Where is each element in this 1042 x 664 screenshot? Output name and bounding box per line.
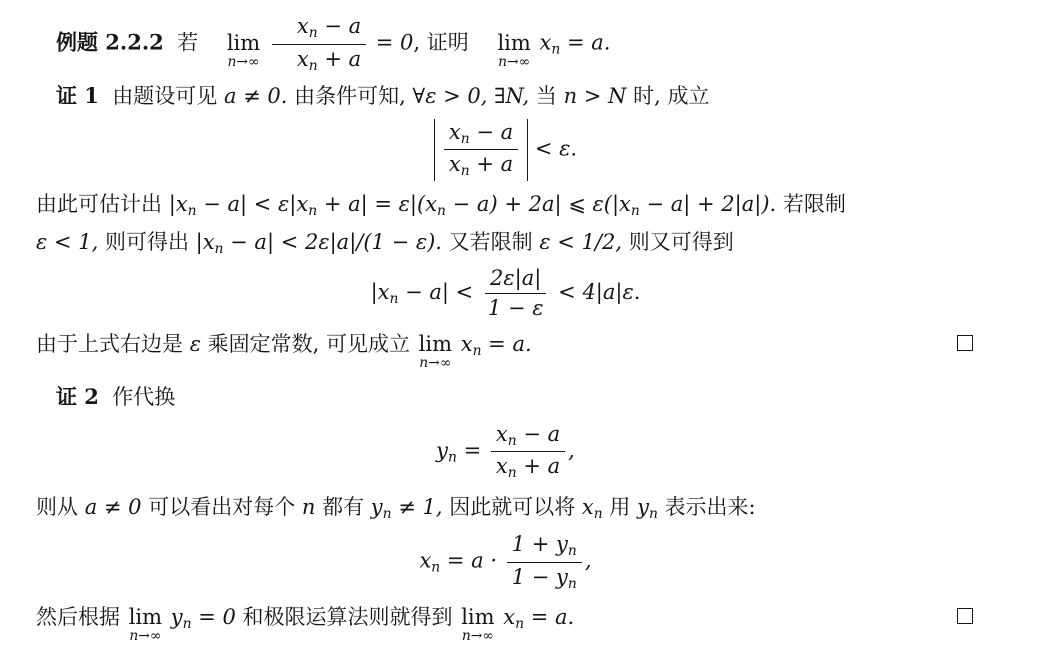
- math-run: 1 + y: [512, 532, 568, 556]
- math-run: 1 − y: [512, 565, 568, 589]
- fraction-numerator: xn − a: [272, 14, 366, 45]
- proof-1-conclusion: 由于上式右边是 ε 乘固定常数, 可见成立 limn→∞ xn = a.: [36, 329, 975, 371]
- textbook-page: 例题 2.2.2 若 limn→∞ xn − axn + a = 0, 证明 l…: [0, 0, 1042, 664]
- limit-word: lim: [207, 33, 260, 54]
- display-formula-yn-substitution: yn = xn − axn + a,: [36, 422, 975, 482]
- math-run: ∀ε > 0, ∃N,: [413, 84, 530, 108]
- subscript: n: [461, 163, 470, 179]
- limit-subscript: n→∞: [129, 630, 161, 644]
- subscript: n: [309, 25, 318, 41]
- subscript: n: [437, 202, 446, 218]
- math-run: = a.: [524, 605, 574, 629]
- limit-operator: limn→∞: [461, 607, 494, 644]
- fraction-numerator: 1 + yn: [507, 532, 582, 563]
- math-run: x: [449, 120, 461, 144]
- math-run: − a| < ε|x: [197, 192, 309, 216]
- math-run: = 0: [369, 31, 413, 55]
- math-run: = a.: [482, 332, 532, 356]
- proof-1-restrict-line: ε < 1, 则可得出 |xn − a| < 2ε|a|/(1 − ε). 又若…: [36, 227, 975, 260]
- math-run: + a| = ε|(x: [317, 192, 437, 216]
- math-run: − a: [318, 14, 361, 38]
- fraction-denominator: xn + a: [444, 150, 518, 180]
- subscript: n: [508, 432, 517, 448]
- subscript: n: [473, 343, 482, 359]
- text-run: 由此可估计出: [36, 192, 169, 216]
- fraction-numerator: xn − a: [444, 120, 518, 151]
- bold-label: 例题 2.2.2: [56, 30, 164, 55]
- limit-subscript: n→∞: [462, 630, 494, 644]
- text-run: , 证明: [413, 31, 475, 55]
- subscript: n: [649, 505, 658, 521]
- math-run: x: [297, 14, 309, 38]
- text-run: 若: [164, 31, 205, 55]
- fraction: xn − axn + a: [491, 422, 565, 482]
- text-run: 由于上式右边是: [36, 332, 190, 356]
- fraction: 2ε|a|1 − ε: [483, 266, 549, 321]
- math-run: x: [297, 47, 309, 71]
- math-run: |x: [371, 280, 390, 304]
- math-run: 2ε|a|: [490, 266, 541, 290]
- text-run: 由题设可见: [99, 84, 224, 108]
- qed-box: [957, 335, 973, 351]
- math-run: + a: [517, 454, 560, 478]
- display-formula-xn-expression: xn = a · 1 + yn1 − yn,: [36, 532, 975, 592]
- math-run: − a: [517, 422, 560, 446]
- example-2-2-2-heading: 例题 2.2.2 若 limn→∞ xn − axn + a = 0, 证明 l…: [36, 14, 975, 74]
- fraction-denominator: 1 − yn: [507, 563, 582, 593]
- limit-operator: limn→∞: [129, 607, 162, 644]
- math-run: < 4|a|ε.: [552, 280, 641, 304]
- limit-subscript: n→∞: [478, 56, 530, 70]
- text-run: 表示出来:: [658, 495, 756, 519]
- math-run: + a: [470, 152, 513, 176]
- text-run: 当: [529, 84, 563, 108]
- text-run: 则从: [36, 495, 85, 519]
- math-run: − a| + 2|a|).: [640, 192, 776, 216]
- subscript: n: [515, 616, 524, 632]
- subscript: n: [448, 449, 457, 465]
- subscript: n: [183, 616, 192, 632]
- limit-subscript: n→∞: [419, 357, 451, 371]
- limit-word: lim: [419, 334, 452, 355]
- math-run: x: [533, 31, 552, 55]
- subscript: n: [308, 202, 317, 218]
- math-run: n > N: [564, 84, 627, 108]
- math-run: a ≠ 0.: [224, 84, 288, 108]
- fraction: xn − axn + a: [444, 120, 518, 180]
- text-run: 然后根据: [36, 605, 127, 629]
- subscript: n: [431, 560, 440, 576]
- proof-2-observation: 则从 a ≠ 0 可以看出对每个 n 都有 yn ≠ 1, 因此就可以将 xn …: [36, 492, 975, 525]
- proof-1-intro: 证 1 由题设可见 a ≠ 0. 由条件可知, ∀ε > 0, ∃N, 当 n …: [36, 80, 975, 113]
- text-run: 由条件可知,: [287, 84, 412, 108]
- fraction-numerator: xn − a: [491, 422, 565, 453]
- subscript: n: [568, 576, 577, 592]
- math-run: ≠ 1,: [392, 495, 443, 519]
- text-run: 乘固定常数, 可见成立: [201, 332, 417, 356]
- subscript: n: [188, 202, 197, 218]
- math-run: x: [496, 422, 508, 446]
- text-run: 可以看出对每个: [142, 495, 302, 519]
- text-run: 都有: [315, 495, 370, 519]
- subscript: n: [309, 57, 318, 73]
- display-formula-abs-fraction-lt-epsilon: xn − axn + a < ε.: [36, 119, 975, 181]
- math-run: = a ·: [440, 549, 504, 573]
- math-run: |x: [196, 230, 215, 254]
- math-run: x: [582, 495, 594, 519]
- text-run: 若限制: [776, 192, 846, 216]
- math-run: ε < 1,: [36, 230, 98, 254]
- math-run: − a: [470, 120, 513, 144]
- text-run: 用: [603, 495, 637, 519]
- math-run: = 0: [192, 605, 236, 629]
- proof-2-intro: 证 2 作代换: [36, 381, 975, 414]
- math-run: − a) + 2a| ⩽ ε(|x: [446, 192, 631, 216]
- math-run: 1 − ε: [488, 296, 544, 320]
- limit-operator: limn→∞: [419, 334, 452, 371]
- subscript: n: [551, 41, 560, 57]
- math-run: y: [436, 438, 448, 462]
- fraction-denominator: xn + a: [491, 452, 565, 482]
- bold-label: 证 1: [56, 83, 99, 108]
- math-run: y: [164, 605, 183, 629]
- proof-2-conclusion: 然后根据 limn→∞ yn = 0 和极限运算法则就得到 limn→∞ xn …: [36, 602, 975, 644]
- math-run: − a| < 2ε|a|/(1 − ε).: [223, 230, 442, 254]
- text-run: 因此就可以将: [443, 495, 582, 519]
- math-run: x: [449, 152, 461, 176]
- limit-operator: limn→∞: [207, 33, 260, 70]
- math-run: n: [302, 495, 316, 519]
- math-run: x: [497, 605, 516, 629]
- limit-word: lim: [461, 607, 494, 628]
- limit-subscript: n→∞: [207, 56, 259, 70]
- math-run: ε < 1/2,: [539, 230, 622, 254]
- fraction-denominator: 1 − ε: [483, 294, 549, 321]
- subscript: n: [568, 543, 577, 559]
- math-run: y: [371, 495, 383, 519]
- limit-word: lim: [477, 33, 530, 54]
- text-run: 又若限制: [442, 230, 539, 254]
- math-run: =: [457, 438, 488, 462]
- fraction: 1 + yn1 − yn: [507, 532, 582, 592]
- math-run: ,: [568, 438, 575, 462]
- fraction-denominator: xn + a: [272, 45, 366, 75]
- math-run: + a: [318, 47, 361, 71]
- math-run: = a.: [560, 31, 610, 55]
- text-run: 则又可得到: [622, 230, 734, 254]
- bold-label: 证 2: [56, 384, 99, 409]
- math-run: ,: [585, 549, 592, 573]
- absolute-value-bars: xn − axn + a: [434, 119, 528, 181]
- math-run: x: [419, 549, 431, 573]
- subscript: n: [461, 130, 470, 146]
- limit-word: lim: [129, 607, 162, 628]
- math-run: a ≠ 0: [85, 495, 142, 519]
- math-run: |x: [169, 192, 188, 216]
- proof-1-estimate-line: 由此可估计出 |xn − a| < ε|xn + a| = ε|(xn − a)…: [36, 189, 975, 222]
- subscript: n: [631, 202, 640, 218]
- math-run: ε: [190, 332, 201, 356]
- text-run: 和极限运算法则就得到: [236, 605, 459, 629]
- math-run: x: [454, 332, 473, 356]
- math-run: − a| <: [398, 280, 480, 304]
- qed-box: [957, 608, 973, 624]
- subscript: n: [508, 465, 517, 481]
- text-run: 作代换: [99, 385, 175, 409]
- subscript: n: [383, 505, 392, 521]
- fraction-numerator: 2ε|a|: [485, 266, 546, 294]
- math-run: y: [637, 495, 649, 519]
- text-run: 则可得出: [98, 230, 195, 254]
- limit-operator: limn→∞: [477, 33, 530, 70]
- math-run: [262, 31, 269, 55]
- fraction: xn − axn + a: [272, 14, 366, 74]
- text-run: 时, 成立: [626, 84, 709, 108]
- math-run: < ε.: [528, 136, 577, 160]
- math-run: x: [496, 454, 508, 478]
- subscript: n: [594, 505, 603, 521]
- display-formula-bound-4ae: |xn − a| < 2ε|a|1 − ε < 4|a|ε.: [36, 266, 975, 321]
